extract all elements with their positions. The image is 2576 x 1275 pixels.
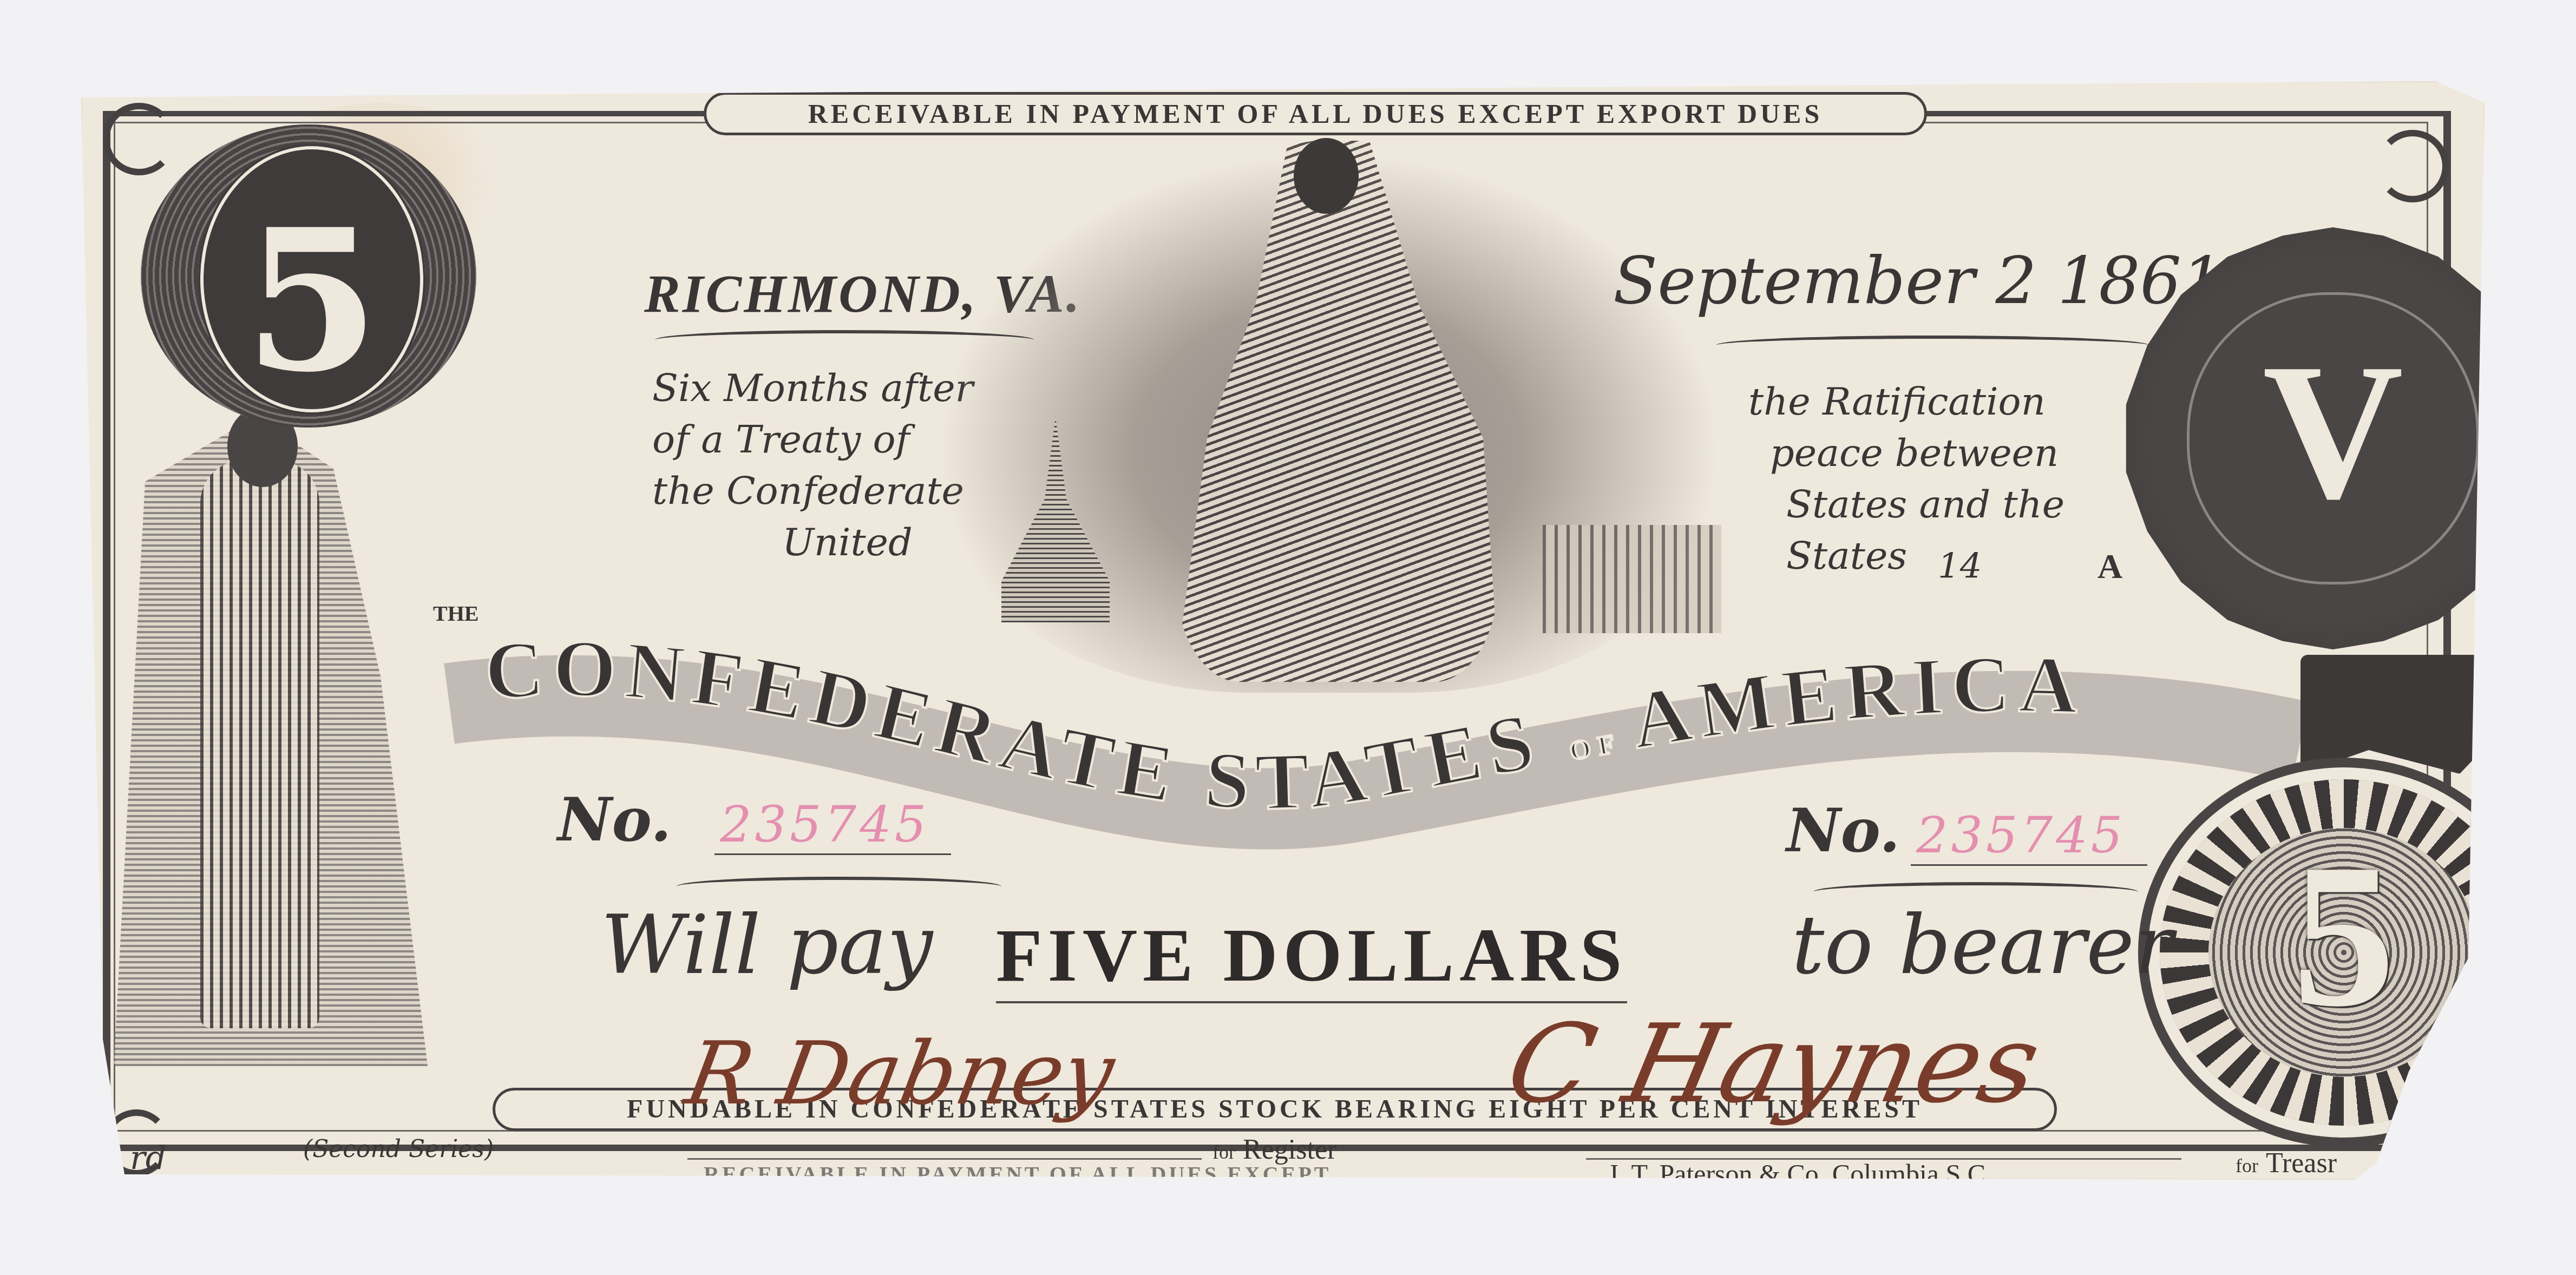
banknote: RECEIVABLE IN PAYMENT OF ALL DUES EXCEPT… [81, 81, 2485, 1180]
seal-symbol: V [2122, 319, 2544, 543]
plate-letter: A [2097, 547, 2122, 587]
printer-imprint: J. T. Paterson & Co. Columbia S.C. [1608, 1158, 1992, 1189]
series-label: (Second Series) [303, 1135, 494, 1163]
goddess-head [1294, 138, 1359, 214]
denomination-numeral: 5 [204, 171, 420, 431]
caption-prefix: for [2236, 1155, 2258, 1177]
sailor-figure [200, 460, 319, 1028]
register-signature: R Dabney [679, 1023, 1122, 1124]
signature-line [687, 1158, 1202, 1160]
large-numeral-top [2300, 655, 2528, 774]
decorative-flourish [677, 877, 1001, 896]
rosette-numeral: 5 [2160, 817, 2528, 1054]
amount-text: FIVE DOLLARS [996, 912, 1627, 1003]
promise-text-right: to bearer [1792, 898, 2173, 993]
corner-scroll-icon [2376, 130, 2449, 202]
stray-text: rd [130, 1139, 166, 1177]
caption-text: Register [1243, 1134, 1336, 1165]
treasurer-signature: C Haynes [1497, 1001, 2050, 1127]
decorative-flourish [1716, 336, 2149, 355]
building-icon [1543, 525, 1721, 633]
promise-text-left: Will pay [601, 898, 933, 993]
plate-number: 14 [1938, 547, 1982, 587]
for-treasurer-caption: forTreasr [2236, 1147, 2337, 1179]
adjacent-note-strip: RECEIVABLE IN PAYMENT OF ALL DUES EXCEPT [704, 1164, 1678, 1185]
issue-date: September 2 1861 [1613, 244, 2223, 319]
serial-label-left: No. [558, 785, 671, 855]
serial-number-right: 235745 [1911, 806, 2147, 866]
denomination-rosette: 5 [2160, 779, 2528, 1126]
clause-line: peace between [1748, 428, 2160, 479]
clause-line: States and the [1748, 479, 2160, 530]
clause-line: the Ratification [1748, 376, 2160, 428]
serial-label-right: No. [1786, 796, 1900, 865]
denomination-medallion: 5 [141, 124, 476, 428]
caption-prefix: for [1212, 1141, 1235, 1163]
decorative-flourish [655, 330, 1034, 350]
decorative-flourish [1813, 882, 2138, 902]
serial-number-left: 235745 [715, 796, 951, 855]
caption-text: Treasr [2266, 1148, 2337, 1179]
for-register-caption: forRegister [1212, 1134, 1336, 1166]
medallion-oval: 5 [200, 146, 423, 412]
top-ribbon: RECEIVABLE IN PAYMENT OF ALL DUES EXCEPT… [704, 92, 1927, 135]
